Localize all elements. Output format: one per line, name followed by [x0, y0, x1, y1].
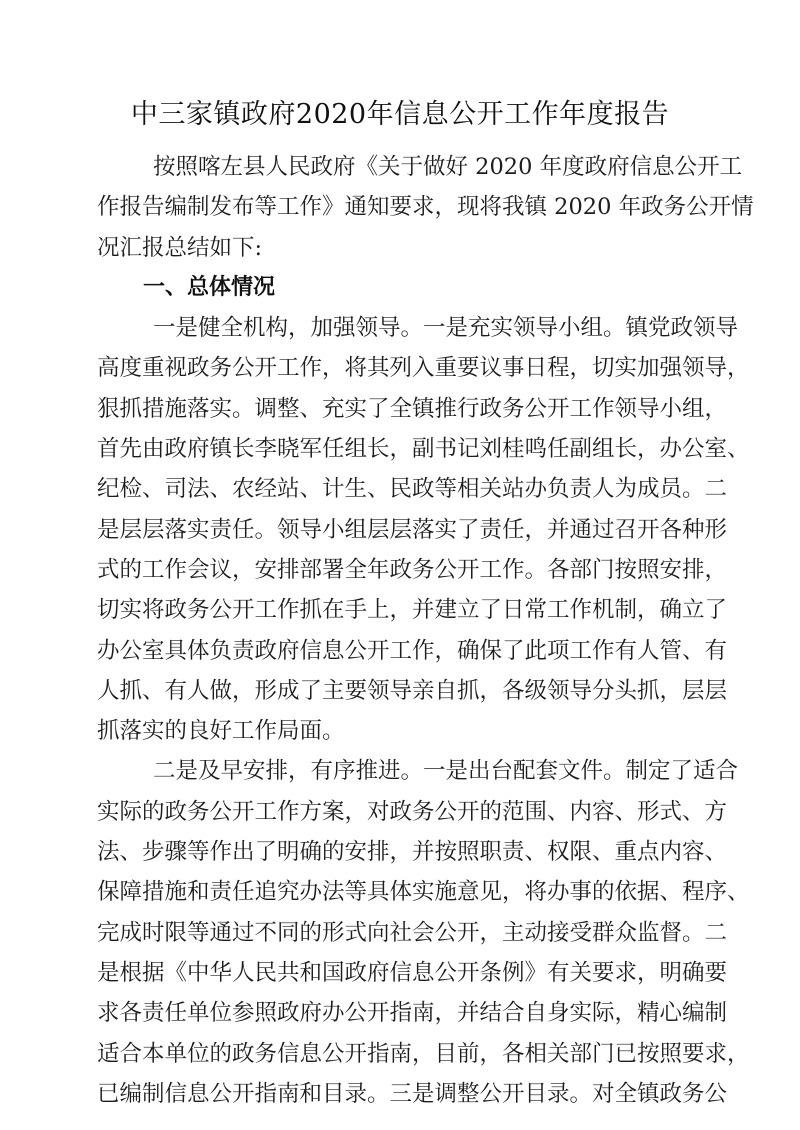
- text-line: 办公室具体负责政府信息公开工作，确保了此项工作有人管、有: [97, 631, 711, 671]
- document-page: 中三家镇政府2020年信息公开工作年度报告 按照喀左县人民政府《关于做好 202…: [0, 0, 800, 1130]
- text-line: 一是健全机构，加强领导。一是充实领导小组。镇党政领导: [97, 308, 711, 348]
- text-line: 求各责任单位参照政府办公开指南，并结合自身实际，精心编制: [97, 993, 711, 1033]
- intro-paragraph: 按照喀左县人民政府《关于做好 2020 年度政府信息公开工 作报告编制发布等工作…: [97, 147, 711, 268]
- document-title: 中三家镇政府2020年信息公开工作年度报告: [0, 92, 800, 131]
- text-line: 作报告编制发布等工作》通知要求，现将我镇 2020 年政务公开情: [97, 187, 711, 227]
- document-body: 按照喀左县人民政府《关于做好 2020 年度政府信息公开工 作报告编制发布等工作…: [97, 147, 711, 1114]
- text-line: 法、步骤等作出了明确的安排，并按照职责、权限、重点内容、: [97, 832, 711, 872]
- text-line: 人抓、有人做，形成了主要领导亲自抓，各级领导分头抓，层层: [97, 671, 711, 711]
- text-line: 已编制信息公开指南和目录。三是调整公开目录。对全镇政务公: [97, 1074, 711, 1114]
- text-line: 二是及早安排，有序推进。一是出台配套文件。制定了适合: [97, 751, 711, 791]
- section-heading: 一、总体情况: [97, 268, 711, 308]
- text-line: 完成时限等通过不同的形式向社会公开，主动接受群众监督。二: [97, 913, 711, 953]
- text-line: 保障措施和责任追究办法等具体实施意见，将办事的依据、程序、: [97, 872, 711, 912]
- text-line: 纪检、司法、农经站、计生、民政等相关站办负责人为成员。二: [97, 469, 711, 509]
- text-line: 首先由政府镇长李晓军任组长，副书记刘桂鸣任副组长，办公室、: [97, 429, 711, 469]
- text-line: 适合本单位的政务信息公开指南，目前，各相关部门已按照要求，: [97, 1034, 711, 1074]
- section-1-paragraph-1: 一是健全机构，加强领导。一是充实领导小组。镇党政领导 高度重视政务公开工作，将其…: [97, 308, 711, 751]
- text-line: 狠抓措施落实。调整、充实了全镇推行政务公开工作领导小组，: [97, 389, 711, 429]
- text-line: 实际的政务公开工作方案，对政务公开的范围、内容、形式、方: [97, 792, 711, 832]
- text-line: 切实将政务公开工作抓在手上，并建立了日常工作机制，确立了: [97, 590, 711, 630]
- text-line: 高度重视政务公开工作，将其列入重要议事日程，切实加强领导，: [97, 348, 711, 388]
- text-line: 况汇报总结如下:: [97, 228, 711, 268]
- section-1-paragraph-2: 二是及早安排，有序推进。一是出台配套文件。制定了适合 实际的政务公开工作方案，对…: [97, 751, 711, 1114]
- text-line: 按照喀左县人民政府《关于做好 2020 年度政府信息公开工: [97, 147, 711, 187]
- text-line: 是根据《中华人民共和国政府信息公开条例》有关要求，明确要: [97, 953, 711, 993]
- text-line: 是层层落实责任。领导小组层层落实了责任，并通过召开各种形: [97, 510, 711, 550]
- text-line: 式的工作会议，安排部署全年政务公开工作。各部门按照安排，: [97, 550, 711, 590]
- text-line: 抓落实的良好工作局面。: [97, 711, 711, 751]
